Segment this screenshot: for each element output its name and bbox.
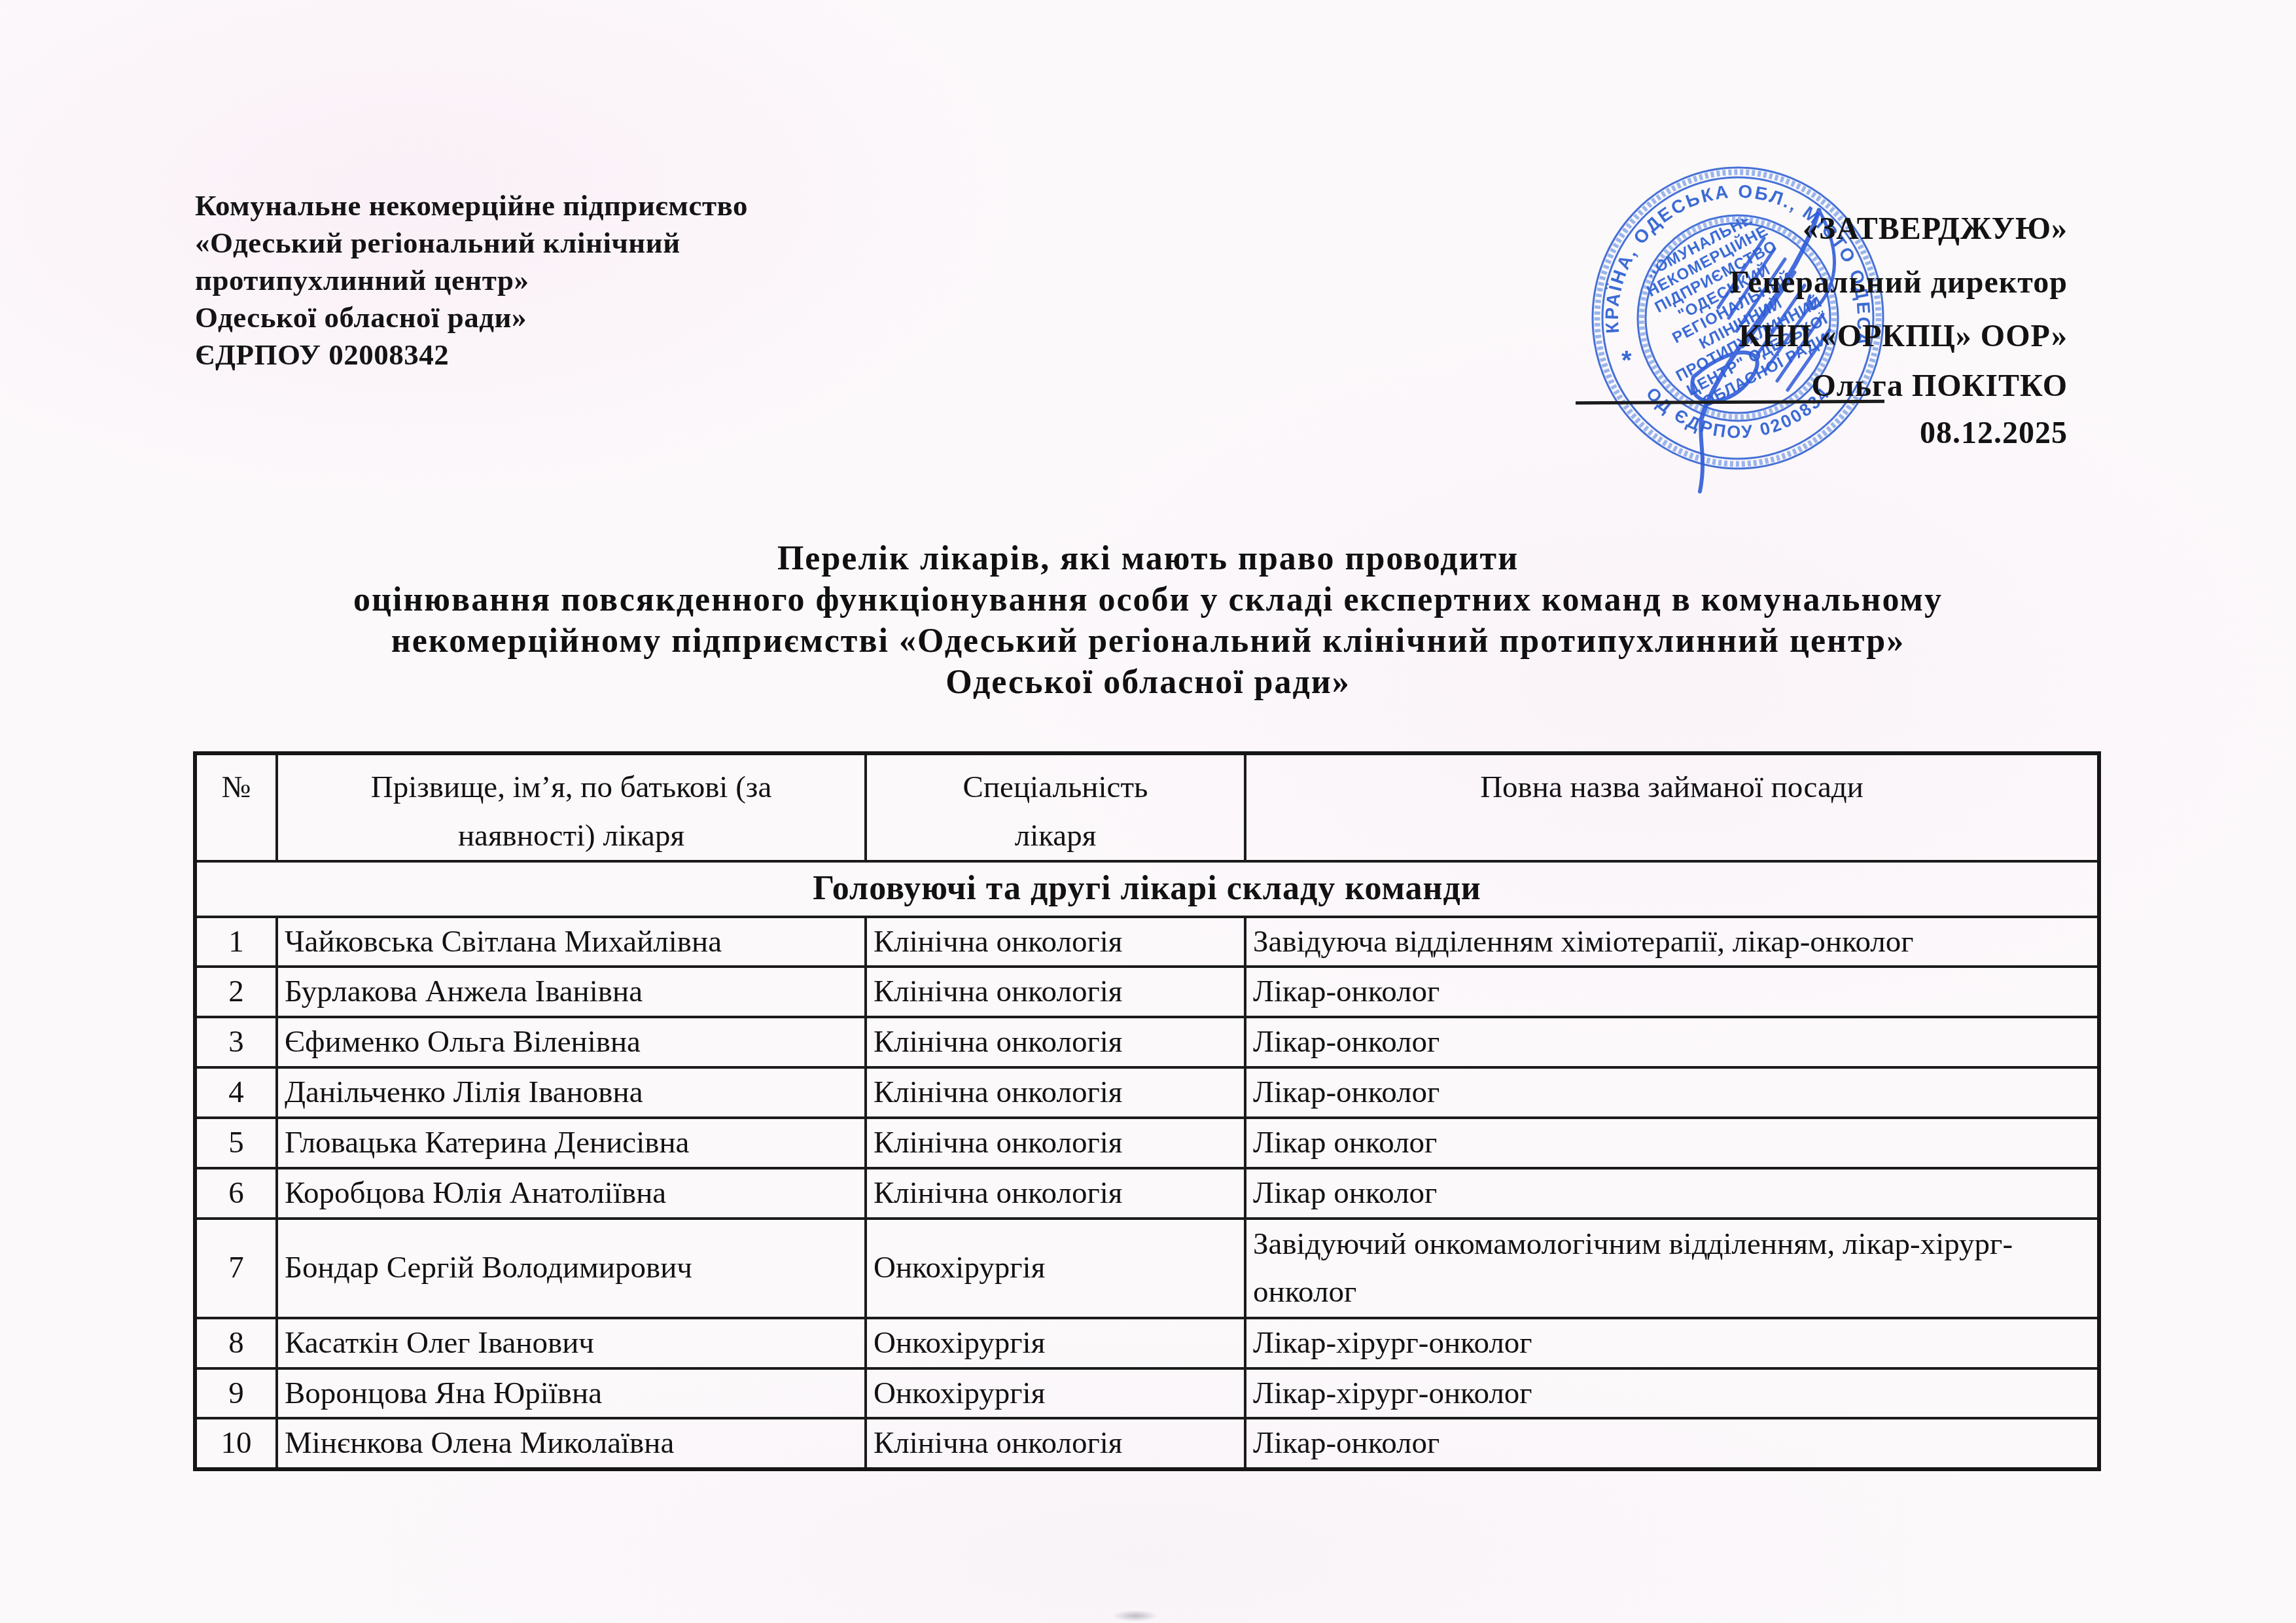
cell-specialty: Клінічна онкологія	[866, 967, 1245, 1017]
section-header-row: Головуючі та другі лікарі складу команди	[195, 861, 2099, 917]
header-position: Повна назва займаної посади	[1245, 753, 2099, 861]
header-name-line: наявності) лікаря	[285, 811, 858, 860]
cell-specialty: Клінічна онкологія	[866, 1418, 1245, 1469]
org-line: ЄДРПОУ 02008342	[195, 336, 980, 374]
doctors-table: № Прізвище, ім’я, по батькові (за наявно…	[193, 751, 2101, 1471]
cell-position: Лікар-онколог	[1245, 1017, 2099, 1067]
cell-name: Бондар Сергій Володимирович	[277, 1219, 866, 1318]
scanned-document-page: Комунальне некомерційне підприємство «Од…	[0, 0, 2296, 1623]
table-row: 10 Мінєнкова Олена Миколаївна Клінічна о…	[195, 1418, 2099, 1469]
cell-specialty: Онкохірургія	[866, 1318, 1245, 1368]
org-short-name: КНП «ОРКПЦ» ООР»	[1152, 318, 2068, 354]
cell-specialty: Онкохірургія	[866, 1368, 1245, 1419]
cell-name: Воронцова Яна Юріївна	[277, 1368, 866, 1419]
cell-num: 3	[195, 1017, 277, 1067]
cell-name: Гловацька Катерина Денисівна	[277, 1118, 866, 1168]
cell-num: 6	[195, 1168, 277, 1219]
org-header-block: Комунальне некомерційне підприємство «Од…	[195, 187, 980, 374]
approval-label: «ЗАТВЕРДЖУЮ»	[1152, 211, 2068, 247]
cell-position: Лікар-хірург-онколог	[1245, 1368, 2099, 1419]
document-title: Перелік лікарів, які мають право проводи…	[0, 538, 2296, 703]
cell-specialty: Клінічна онкологія	[866, 1168, 1245, 1219]
table-row: 5 Гловацька Катерина Денисівна Клінічна …	[195, 1118, 2099, 1168]
cell-name: Мінєнкова Олена Миколаївна	[277, 1418, 866, 1469]
section-header: Головуючі та другі лікарі складу команди	[195, 861, 2099, 917]
header-name: Прізвище, ім’я, по батькові (за наявност…	[277, 753, 866, 861]
cell-position: Лікар онколог	[1245, 1168, 2099, 1219]
table-header-row: № Прізвище, ім’я, по батькові (за наявно…	[195, 753, 2099, 861]
cell-name: Данільченко Лілія Івановна	[277, 1067, 866, 1118]
cell-num: 2	[195, 967, 277, 1017]
cell-num: 5	[195, 1118, 277, 1168]
cell-num: 8	[195, 1318, 277, 1368]
cell-num: 9	[195, 1368, 277, 1419]
header-specialty-line: Спеціальність	[874, 763, 1237, 811]
cell-num: 1	[195, 917, 277, 967]
cell-name: Коробцова Юлія Анатоліївна	[277, 1168, 866, 1219]
director-title: Генеральний директор	[1152, 264, 2068, 300]
cell-num: 4	[195, 1067, 277, 1118]
header-specialty: Спеціальність лікаря	[866, 753, 1245, 861]
cell-position: Лікар-хірург-онколог	[1245, 1318, 2099, 1368]
cell-position: Лікар-онколог	[1245, 1067, 2099, 1118]
cell-specialty: Клінічна онкологія	[866, 917, 1245, 967]
header-specialty-line: лікаря	[874, 811, 1237, 860]
org-line: протипухлинний центр»	[195, 262, 980, 299]
cell-num: 10	[195, 1418, 277, 1469]
table-row: 1 Чайковська Світлана Михайлівна Клінічн…	[195, 917, 2099, 967]
director-name: Ольга ПОКІТКО	[1152, 368, 2068, 404]
cell-name: Чайковська Світлана Михайлівна	[277, 917, 866, 967]
cell-position: Лікар-онколог	[1245, 1418, 2099, 1469]
org-line: Комунальне некомерційне підприємство	[195, 187, 980, 224]
title-line: оцінювання повсякденного функціонування …	[0, 579, 2296, 620]
cell-specialty: Клінічна онкологія	[866, 1118, 1245, 1168]
cell-name: Бурлакова Анжела Іванівна	[277, 967, 866, 1017]
table-row: 2 Бурлакова Анжела Іванівна Клінічна онк…	[195, 967, 2099, 1017]
title-line: некомерційному підприємстві «Одеський ре…	[0, 620, 2296, 662]
cell-position: Лікар-онколог	[1245, 967, 2099, 1017]
cell-position: Лікар онколог	[1245, 1118, 2099, 1168]
table-row: 8 Касаткін Олег Іванович Онкохірургія Лі…	[195, 1318, 2099, 1368]
header-num: №	[195, 753, 277, 861]
cell-position: Завідуюча відділенням хіміотерапії, ліка…	[1245, 917, 2099, 967]
cell-num: 7	[195, 1219, 277, 1318]
title-line: Перелік лікарів, які мають право проводи…	[0, 538, 2296, 579]
cell-specialty: Клінічна онкологія	[866, 1017, 1245, 1067]
table-row: 9 Воронцова Яна Юріївна Онкохірургія Лік…	[195, 1368, 2099, 1419]
header-name-line: Прізвище, ім’я, по батькові (за	[285, 763, 858, 811]
org-line: Одеської обласної ради»	[195, 299, 980, 336]
table-row: 7 Бондар Сергій Володимирович Онкохірург…	[195, 1219, 2099, 1318]
cell-name: Єфименко Ольга Віленівна	[277, 1017, 866, 1067]
cell-specialty: Онкохірургія	[866, 1219, 1245, 1318]
approval-date: 08.12.2025	[1152, 415, 2068, 451]
org-line: «Одеський регіональний клінічний	[195, 224, 980, 262]
title-line: Одеської обласної ради»	[0, 662, 2296, 703]
table-row: 6 Коробцова Юлія Анатоліївна Клінічна он…	[195, 1168, 2099, 1219]
cell-position: Завідуючий онкомамологічним відділенням,…	[1245, 1219, 2099, 1318]
cell-name: Касаткін Олег Іванович	[277, 1318, 866, 1368]
table-row: 3 Єфименко Ольга Віленівна Клінічна онко…	[195, 1017, 2099, 1067]
cell-specialty: Клінічна онкологія	[866, 1067, 1245, 1118]
table-row: 4 Данільченко Лілія Івановна Клінічна он…	[195, 1067, 2099, 1118]
scanner-artifact	[1112, 1610, 1158, 1622]
